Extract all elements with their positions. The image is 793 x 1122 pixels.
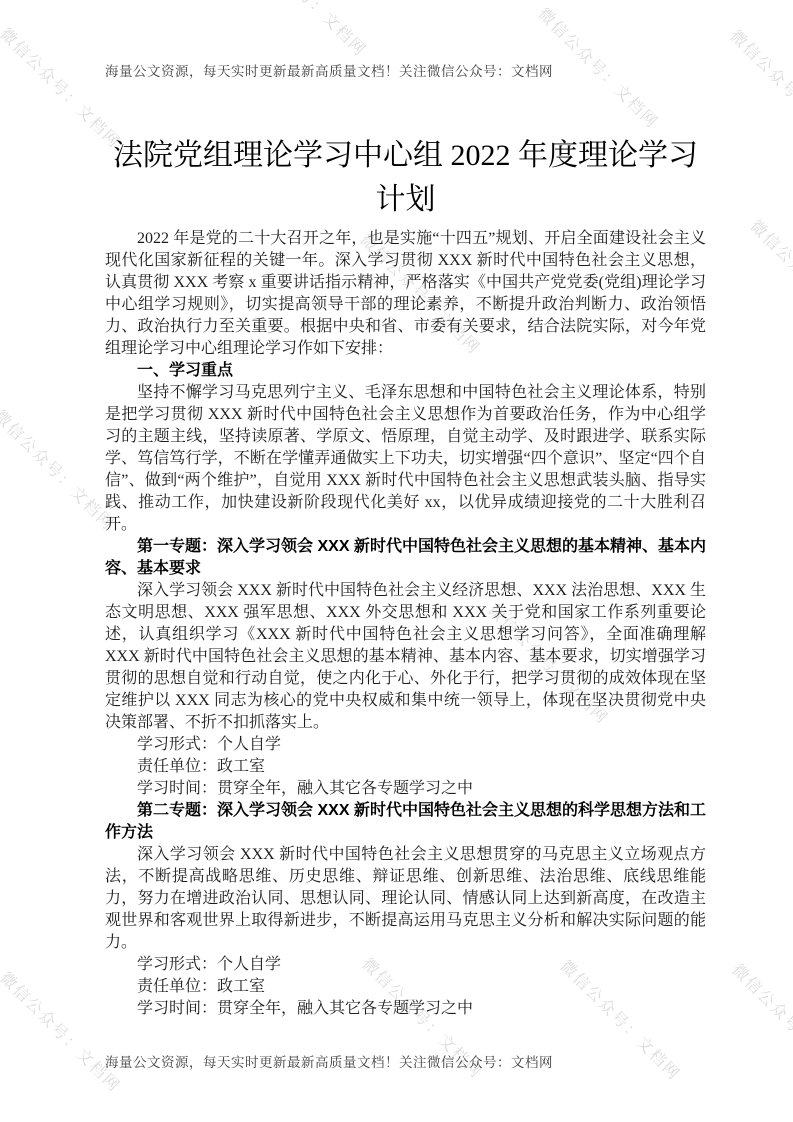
watermark-text: 微信公众号：文档网 — [726, 24, 793, 155]
paragraph: 深入学习领会 XXX 新时代中国特色社会主义思想贯穿的马克思主义立场观点方法，不… — [105, 844, 706, 954]
paragraph-container: 2022 年是党的二十大召开之年，也是实施“十四五”规划、开启全面建设社会主义现… — [105, 228, 706, 1020]
section-heading: 第一专题：深入学习领会 XXX 新时代中国特色社会主义思想的基本精神、基本内容、… — [105, 536, 706, 580]
watermark-text: 微信公众号：文档网 — [728, 958, 793, 1089]
section-heading: 第二专题：深入学习领会 XXX 新时代中国特色社会主义思想的科学思想方法和工作方… — [105, 800, 706, 844]
paragraph: 学习形式：个人自学 — [105, 954, 706, 976]
paragraph: 责任单位：政工室 — [105, 976, 706, 998]
paragraph: 2022 年是党的二十大召开之年，也是实施“十四五”规划、开启全面建设社会主义现… — [105, 228, 706, 360]
document-page: 微信公众号：文档网微信公众号：文档网微信公众号：文档网微信公众号：文档网微信公众… — [0, 0, 793, 1122]
paragraph: 学习时间：贯穿全年，融入其它各专题学习之中 — [105, 778, 706, 800]
watermark-text: 微信公众号：文档网 — [242, 0, 373, 61]
paragraph: 责任单位：政工室 — [105, 756, 706, 778]
promo-footer-text: 海量公文资源，每天实时更新最新高质量文档！关注微信公众号：文档网 — [105, 1051, 710, 1071]
document-title: 法院党组理论学习中心组 2022 年度理论学习计划 — [105, 134, 706, 222]
paragraph: 坚持不懈学习马克思列宁主义、毛泽东思想和中国特色社会主义理论体系，特别是把学习贯… — [105, 382, 706, 536]
watermark-text: 微信公众号：文档网 — [746, 214, 793, 345]
paragraph: 学习形式：个人自学 — [105, 734, 706, 756]
paragraph: 学习时间：贯穿全年，融入其它各专题学习之中 — [105, 998, 706, 1020]
watermark-text: 微信公众号：文档网 — [0, 404, 121, 535]
promo-header-text: 海量公文资源，每天实时更新最新高质量文档！关注微信公众号：文档网 — [105, 60, 710, 80]
paragraph: 深入学习领会 XXX 新时代中国特色社会主义经济思想、XXX 法治思想、XXX … — [105, 580, 706, 734]
section-heading: 一、学习重点 — [105, 360, 706, 382]
document-body: 法院党组理论学习中心组 2022 年度理论学习计划 2022 年是党的二十大召开… — [105, 134, 706, 1020]
